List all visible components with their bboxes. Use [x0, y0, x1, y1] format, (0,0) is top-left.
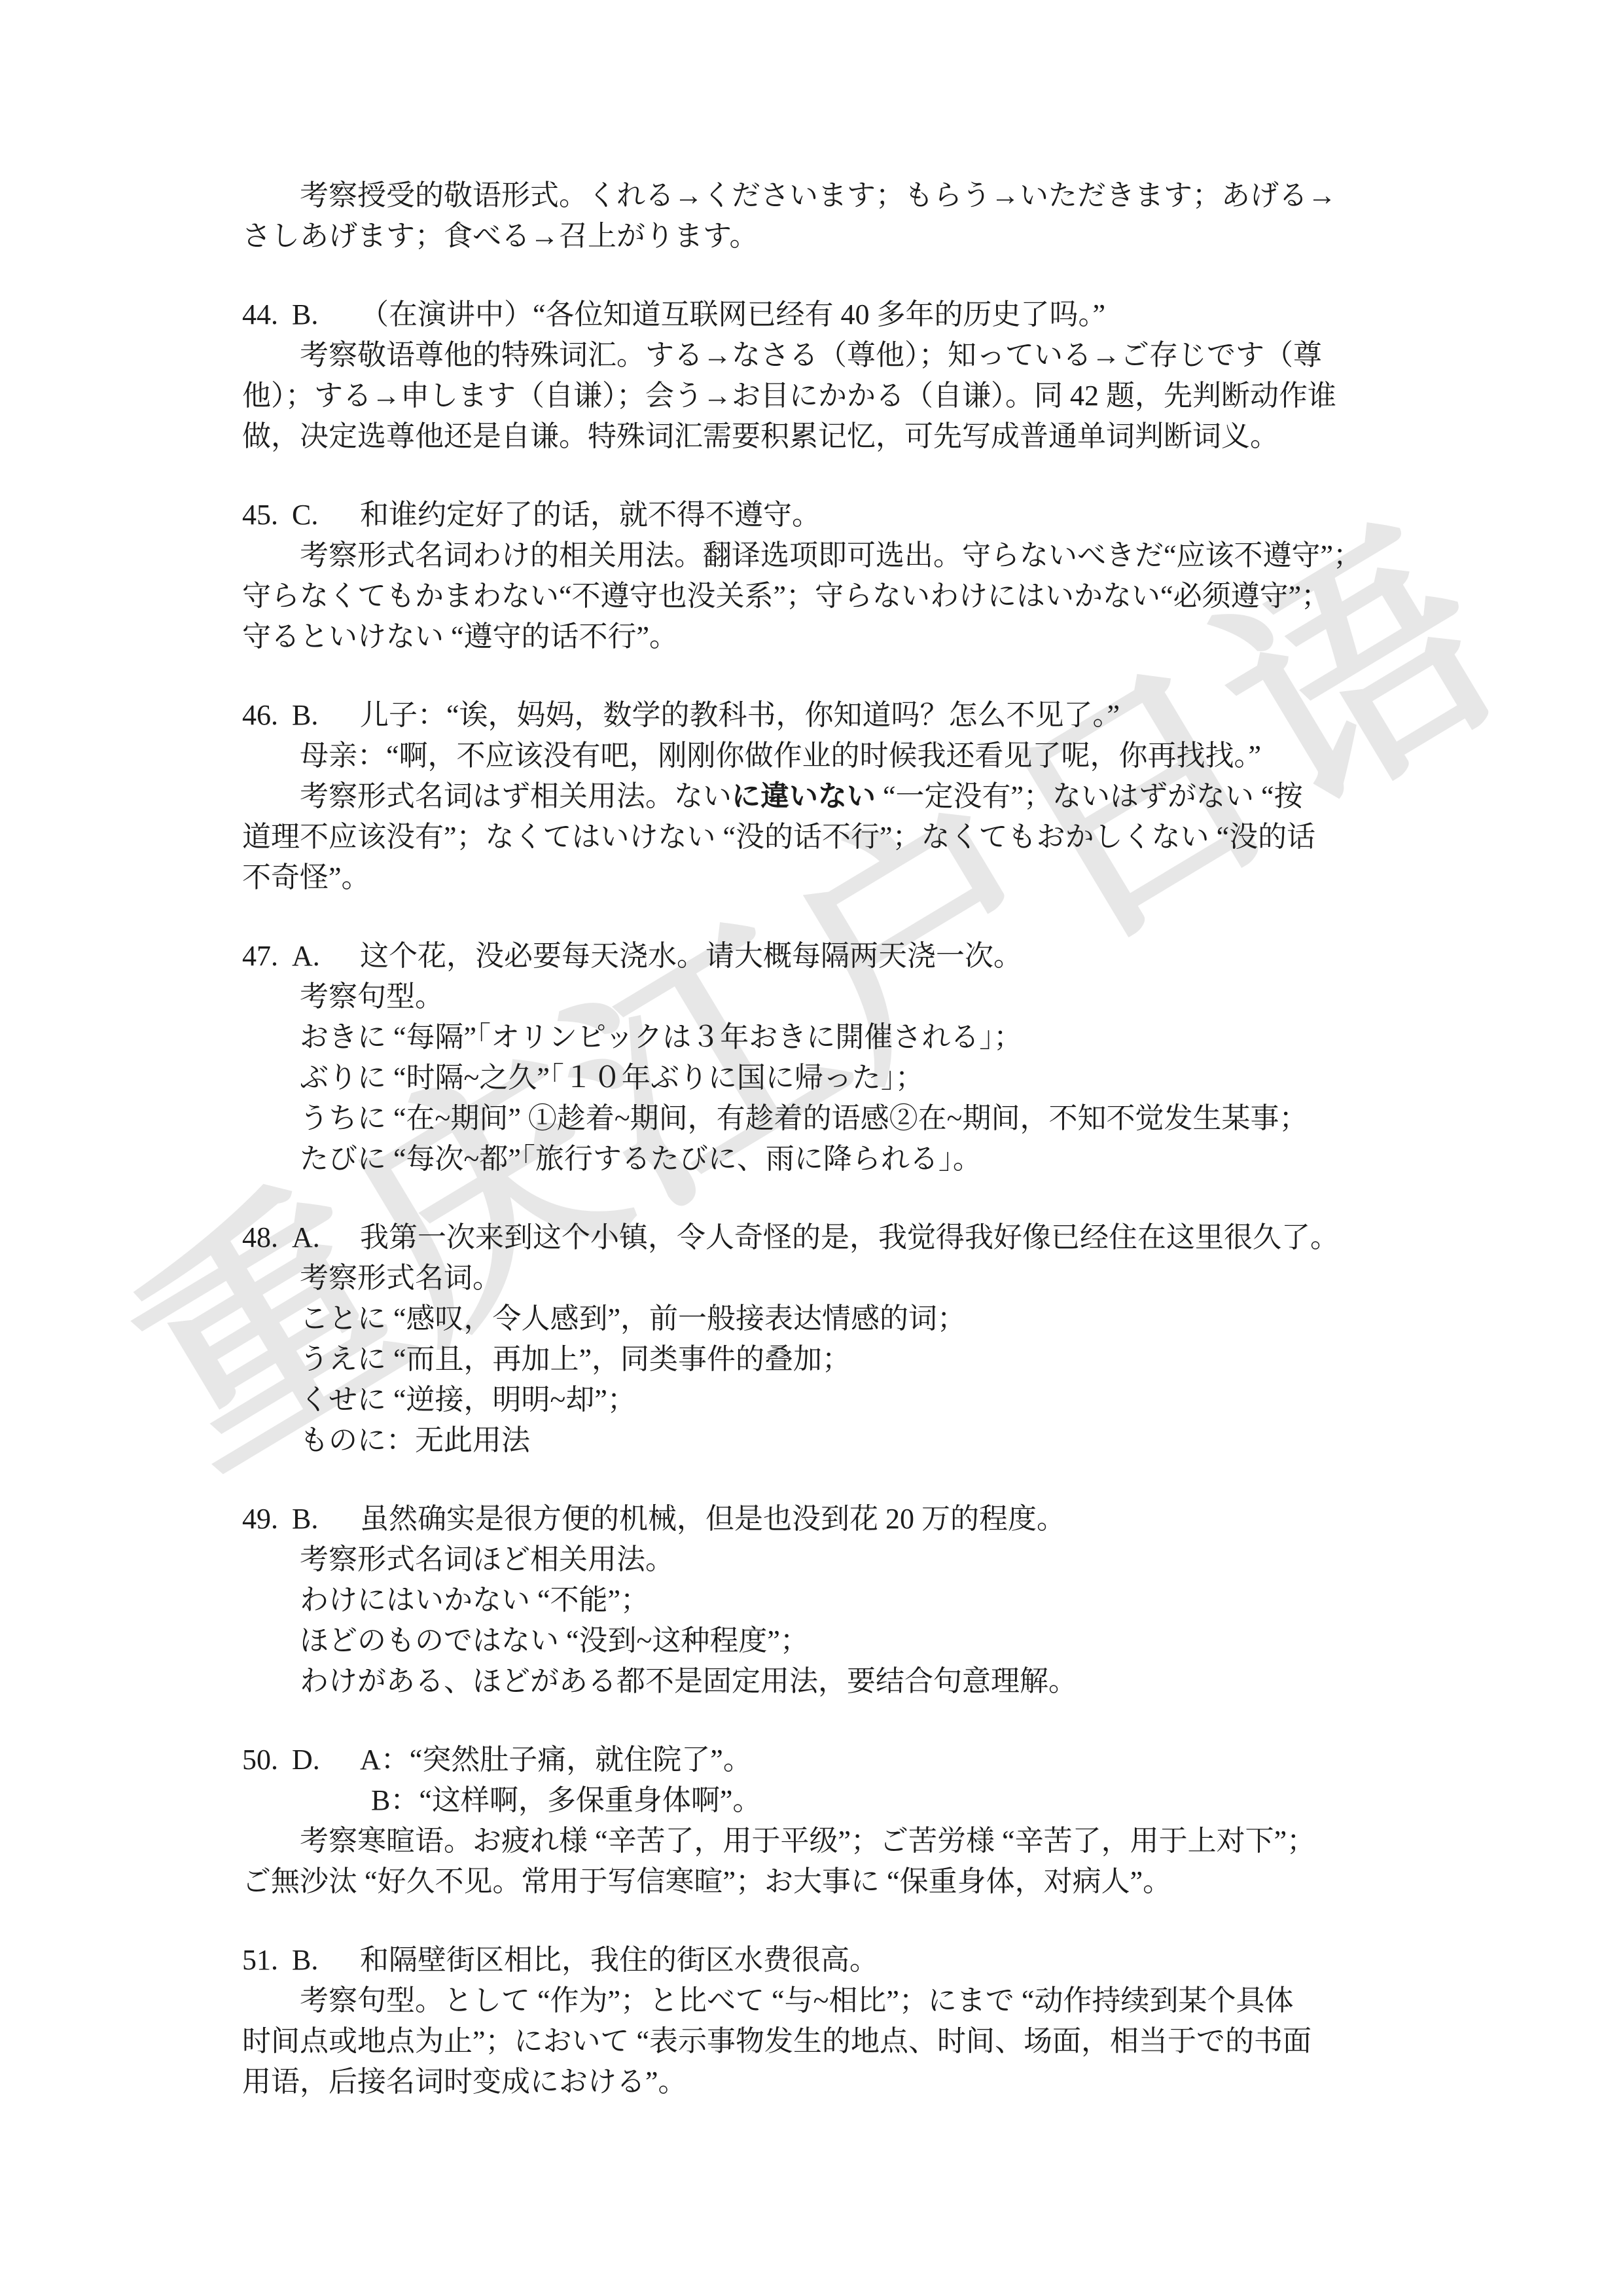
text-run: くせに “逆接，明明~却”； — [300, 1384, 636, 1416]
item-number: 49. — [242, 1499, 292, 1539]
answer-item: 45.C.和谁约定好了的话，就不得不遵守。考察形式名词わけ的相关用法。翻译选项即… — [242, 495, 1394, 657]
text-run: 守らなくてもかまわない“不遵守也没关系”；守らないわけにはいかない“必须遵守”； — [242, 580, 1330, 612]
text-line: ものに：无此用法 — [242, 1420, 1394, 1461]
answer-key-content: 考察授受的敬语形式。くれる→くださいます；もらう→いただきます；あげる→さしあげ… — [242, 175, 1394, 2102]
item-answer: B. — [292, 295, 360, 335]
text-line: わけがある、ほどがある都不是固定用法，要结合句意理解。 — [242, 1661, 1394, 1702]
text-run: （在演讲中）“各位知道互联网已经有 40 多年的历史了吗。” — [360, 298, 1105, 331]
text-run: ほどのものではない “没到~这种程度”； — [300, 1624, 809, 1657]
text-line: ことに “感叹，令人感到”，前一般接表达情感的词； — [242, 1299, 1394, 1339]
text-line: 49.B.虽然确实是很方便的机械，但是也没到花 20 万的程度。 — [242, 1499, 1394, 1539]
text-line: B：“这样啊，多保重身体啊”。 — [242, 1780, 1394, 1821]
text-line: ほどのものではない “没到~这种程度”； — [242, 1621, 1394, 1661]
text-run: 我第一次来到这个小镇，令人奇怪的是，我觉得我好像已经住在这里很久了。 — [360, 1221, 1339, 1253]
text-line: 考察形式名词。 — [242, 1258, 1394, 1299]
answer-item: 44.B.（在演讲中）“各位知道互联网已经有 40 多年的历史了吗。”考察敬语尊… — [242, 295, 1394, 457]
text-line: たびに “每次~都”「旅行するたびに、雨に降られる」。 — [242, 1139, 1394, 1179]
item-number: 51. — [242, 1940, 292, 1981]
item-answer: A. — [292, 936, 360, 977]
text-line: 考察敬语尊他的特殊词汇。する→なさる（尊他）；知っている→ご存じです（尊 — [242, 335, 1394, 376]
text-run: A：“突然肚子痛，就住院了”。 — [360, 1744, 752, 1776]
text-line: 用语，后接名词时变成における”。 — [242, 2062, 1394, 2102]
text-line: 守るといけない “遵守的话不行”。 — [242, 617, 1394, 657]
text-run: わけにはいかない “不能”； — [300, 1584, 649, 1616]
text-run: 考察授受的敬语形式。くれる→くださいます；もらう→いただきます；あげる→ — [300, 179, 1336, 211]
text-line: ご無沙汰 “好久不见。常用于写信寒暄”；お大事に “保重身体，对病人”。 — [242, 1861, 1394, 1902]
text-run: わけがある、ほどがある都不是固定用法，要结合句意理解。 — [300, 1665, 1077, 1697]
text-run: 不奇怪”。 — [242, 861, 370, 893]
text-line: 守らなくてもかまわない“不遵守也没关系”；守らないわけにはいかない“必须遵守”； — [242, 576, 1394, 617]
item-answer: B. — [292, 1940, 360, 1981]
item-number: 44. — [242, 295, 292, 335]
text-run: 和隔壁街区相比，我住的街区水费很高。 — [360, 1944, 878, 1976]
answer-item: 48.A.我第一次来到这个小镇，令人奇怪的是，我觉得我好像已经住在这里很久了。考… — [242, 1217, 1394, 1461]
answer-item: 47.A.这个花，没必要每天浇水。请大概每隔两天浇一次。考察句型。おきに “每隔… — [242, 936, 1394, 1179]
text-run: 道理不应该没有”；なくてはいけない “没的话不行”；なくてもおかしくない “没的… — [242, 821, 1315, 853]
text-line: 不奇怪”。 — [242, 857, 1394, 898]
text-line: くせに “逆接，明明~却”； — [242, 1380, 1394, 1420]
text-run: 考察形式名词わけ的相关用法。翻译选项即可选出。守らないべきだ“应该不遵守”； — [300, 539, 1362, 571]
text-line: 做，决定选尊他还是自谦。特殊词汇需要积累记忆，可先写成普通单词判断词义。 — [242, 416, 1394, 457]
text-line: 47.A.这个花，没必要每天浇水。请大概每隔两天浇一次。 — [242, 936, 1394, 977]
text-line: 考察形式名词はず相关用法。ないに違いない “一定没有”；ないはずがない “按 — [242, 776, 1394, 817]
text-line: 44.B.（在演讲中）“各位知道互联网已经有 40 多年的历史了吗。” — [242, 295, 1394, 335]
text-run: 考察句型。 — [300, 980, 444, 1013]
text-run: おきに “每隔”「オリンピックは３年おきに開催される」； — [300, 1021, 1022, 1053]
item-number: 45. — [242, 495, 292, 535]
text-line: 48.A.我第一次来到这个小镇，令人奇怪的是，我觉得我好像已经住在这里很久了。 — [242, 1217, 1394, 1258]
answer-item: 51.B.和隔壁街区相比，我住的街区水费很高。考察句型。として “作为”；と比べ… — [242, 1940, 1394, 2102]
text-run: 考察形式名词ほど相关用法。 — [300, 1543, 674, 1575]
text-run: 用语，后接名词时变成における”。 — [242, 2066, 687, 2098]
text-run: 守るといけない “遵守的话不行”。 — [242, 620, 678, 653]
text-line: わけにはいかない “不能”； — [242, 1580, 1394, 1621]
text-run: 母亲：“啊，不应该没有吧，刚刚你做作业的时候我还看见了呢，你再找找。” — [300, 740, 1261, 772]
text-run: 考察句型。として “作为”；と比べて “与~相比”；にまで “动作持续到某个具体 — [300, 1984, 1293, 2017]
text-line: 考察句型。として “作为”；と比べて “与~相比”；にまで “动作持续到某个具体 — [242, 1981, 1394, 2021]
text-run: 虽然确实是很方便的机械，但是也没到花 20 万的程度。 — [360, 1503, 1065, 1535]
item-answer: B. — [292, 1499, 360, 1539]
text-run: “一定没有”；ないはずがない “按 — [876, 780, 1303, 812]
text-line: 母亲：“啊，不应该没有吧，刚刚你做作业的时候我还看见了呢，你再找找。” — [242, 736, 1394, 776]
text-line: 45.C.和谁约定好了的话，就不得不遵守。 — [242, 495, 1394, 535]
text-line: 考察句型。 — [242, 977, 1394, 1017]
text-line: さしあげます；食べる→召上がります。 — [242, 216, 1394, 257]
item-answer: D. — [292, 1740, 360, 1780]
item-number: 47. — [242, 936, 292, 977]
text-run: 考察寒暄语。お疲れ様 “辛苦了，用于平级”；ご苦労様 “辛苦了，用于上对下”； — [300, 1825, 1315, 1857]
item-answer: A. — [292, 1217, 360, 1258]
text-line: ぶりに “时隔~之久”「１０年ぶりに国に帰った」； — [242, 1058, 1394, 1098]
text-run: ことに “感叹，令人感到”，前一般接表达情感的词； — [300, 1302, 966, 1335]
item-number: 50. — [242, 1740, 292, 1780]
text-run: 考察形式名词はず相关用法。ない — [300, 780, 732, 812]
text-run: 做，决定选尊他还是自谦。特殊词汇需要积累记忆，可先写成普通单词判断词义。 — [242, 420, 1279, 452]
text-run: 和谁约定好了的话，就不得不遵守。 — [360, 499, 821, 531]
emphasized-text: に違いない — [732, 780, 876, 812]
intro-paragraph: 考察授受的敬语形式。くれる→くださいます；もらう→いただきます；あげる→さしあげ… — [242, 175, 1394, 257]
text-line: 51.B.和隔壁街区相比，我住的街区水费很高。 — [242, 1940, 1394, 1981]
text-run: 考察形式名词。 — [300, 1262, 501, 1294]
answer-item: 50.D.A：“突然肚子痛，就住院了”。B：“这样啊，多保重身体啊”。考察寒暄语… — [242, 1740, 1394, 1902]
answer-item: 49.B.虽然确实是很方便的机械，但是也没到花 20 万的程度。考察形式名词ほど… — [242, 1499, 1394, 1702]
text-line: うちに “在~期间” ①趁着~期间，有趁着的语感②在~期间，不知不觉发生某事； — [242, 1098, 1394, 1139]
text-run: うえに “而且，再加上”，同类事件的叠加； — [300, 1343, 851, 1375]
item-number: 48. — [242, 1217, 292, 1258]
text-run: B：“这样啊，多保重身体啊”。 — [371, 1784, 761, 1816]
text-line: 考察寒暄语。お疲れ様 “辛苦了，用于平级”；ご苦労様 “辛苦了，用于上对下”； — [242, 1821, 1394, 1861]
text-line: 50.D.A：“突然肚子痛，就住院了”。 — [242, 1740, 1394, 1780]
text-line: うえに “而且，再加上”，同类事件的叠加； — [242, 1339, 1394, 1380]
text-line: おきに “每隔”「オリンピックは３年おきに開催される」； — [242, 1017, 1394, 1058]
text-run: うちに “在~期间” ①趁着~期间，有趁着的语感②在~期间，不知不觉发生某事； — [300, 1102, 1308, 1134]
text-run: 时间点或地点为止”；において “表示事物发生的地点、时间、场面，相当于で的书面 — [242, 2025, 1311, 2057]
text-run: ものに：无此用法 — [300, 1424, 530, 1456]
item-answer: B. — [292, 695, 360, 736]
text-line: 他）；する→申します（自谦）；会う→お目にかかる（自谦）。同 42 题，先判断动… — [242, 376, 1394, 416]
text-run: 他）；する→申します（自谦）；会う→お目にかかる（自谦）。同 42 题，先判断动… — [242, 380, 1336, 412]
text-run: 考察敬语尊他的特殊词汇。する→なさる（尊他）；知っている→ご存じです（尊 — [300, 339, 1322, 371]
text-line: 道理不应该没有”；なくてはいけない “没的话不行”；なくてもおかしくない “没的… — [242, 817, 1394, 857]
text-run: 这个花，没必要每天浇水。请大概每隔两天浇一次。 — [360, 940, 1022, 972]
text-line: 考察形式名词わけ的相关用法。翻译选项即可选出。守らないべきだ“应该不遵守”； — [242, 535, 1394, 576]
item-answer: C. — [292, 495, 360, 535]
answer-item: 46.B.儿子：“诶，妈妈，数学的教科书，你知道吗？怎么不见了。”母亲：“啊，不… — [242, 695, 1394, 898]
text-line: 46.B.儿子：“诶，妈妈，数学的教科书，你知道吗？怎么不见了。” — [242, 695, 1394, 736]
text-run: たびに “每次~都”「旅行するたびに、雨に降られる」。 — [300, 1143, 982, 1175]
item-number: 46. — [242, 695, 292, 736]
text-run: 儿子：“诶，妈妈，数学的教科书，你知道吗？怎么不见了。” — [360, 699, 1120, 731]
text-line: 考察形式名词ほど相关用法。 — [242, 1539, 1394, 1580]
text-run: さしあげます；食べる→召上がります。 — [242, 220, 758, 252]
text-line: 时间点或地点为止”；において “表示事物发生的地点、时间、场面，相当于で的书面 — [242, 2021, 1394, 2062]
text-run: ご無沙汰 “好久不见。常用于写信寒暄”；お大事に “保重身体，对病人”。 — [242, 1865, 1171, 1897]
text-line: 考察授受的敬语形式。くれる→くださいます；もらう→いただきます；あげる→ — [242, 175, 1394, 216]
document-page: 重庆江户日语 考察授受的敬语形式。くれる→くださいます；もらう→いただきます；あ… — [0, 0, 1623, 2296]
text-run: ぶりに “时隔~之久”「１０年ぶりに国に帰った」； — [300, 1062, 924, 1094]
